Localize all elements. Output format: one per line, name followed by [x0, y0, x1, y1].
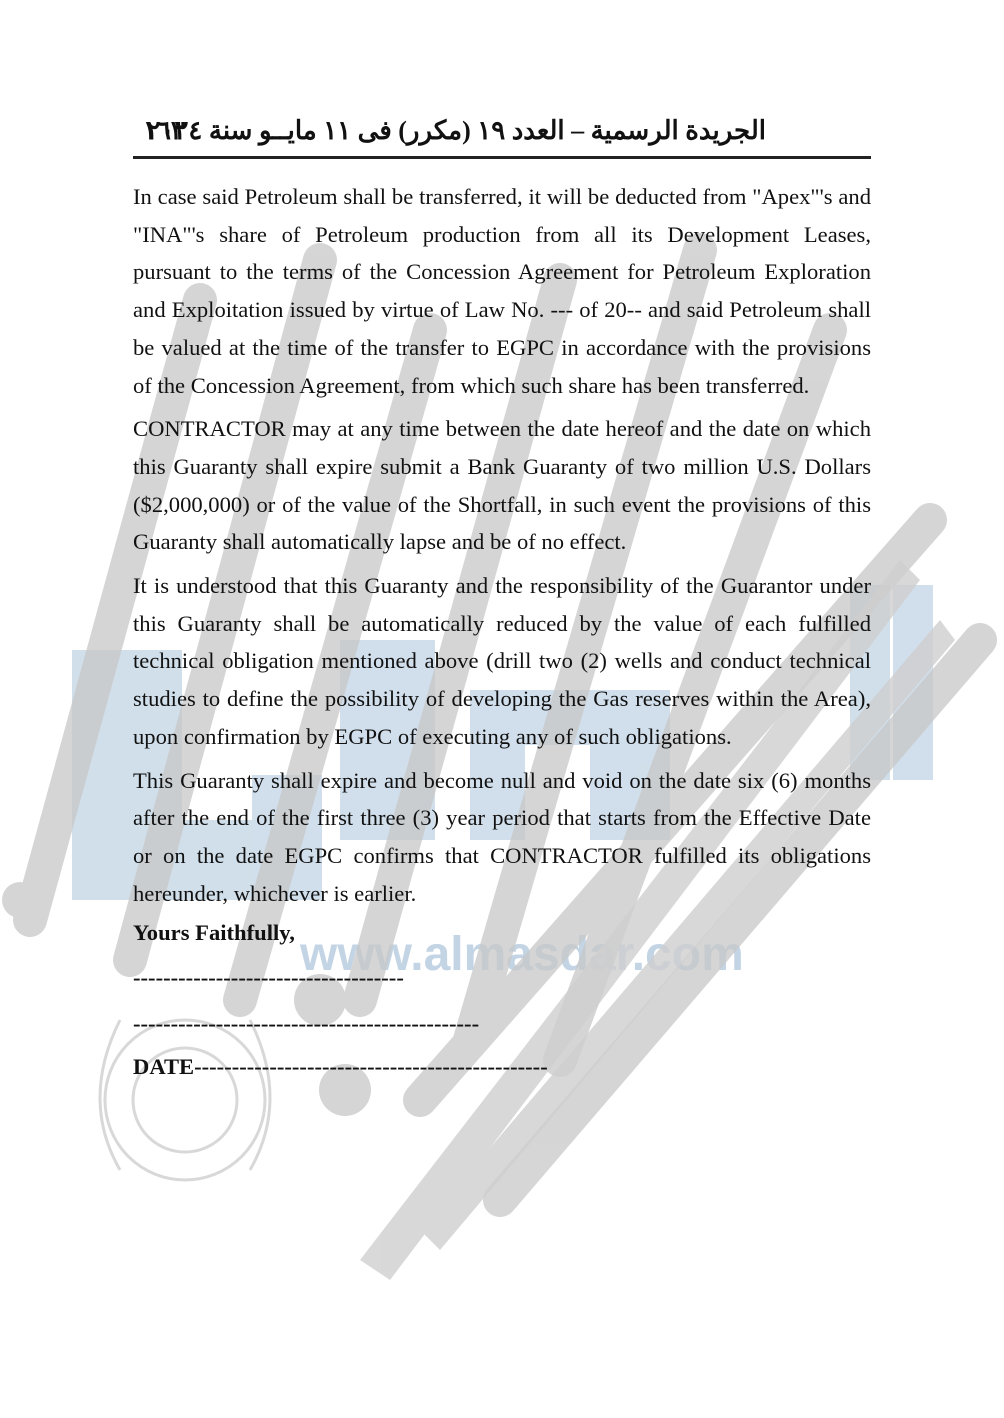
signature-line: ------------------------------------: [133, 963, 871, 993]
page-header: ١٦٣ الجريدة الرسمية – العدد ١٩ (مكرر) فى…: [133, 112, 871, 159]
paragraph-expiry: This Guaranty shall expire and become nu…: [133, 762, 871, 913]
date-line: DATE------------------------------------…: [133, 1052, 871, 1082]
paragraph-transfer: In case said Petroleum shall be transfer…: [133, 178, 871, 404]
name-line: ----------------------------------------…: [133, 1009, 871, 1039]
closing-salutation: Yours Faithfully,: [133, 918, 871, 948]
gazette-title: الجريدة الرسمية – العدد ١٩ (مكرر) فى ١١ …: [147, 116, 766, 146]
paragraph-bank-guaranty: CONTRACTOR may at any time between the d…: [133, 410, 871, 561]
document-body: In case said Petroleum shall be transfer…: [133, 178, 871, 1082]
paragraph-reduction: It is understood that this Guaranty and …: [133, 567, 871, 756]
